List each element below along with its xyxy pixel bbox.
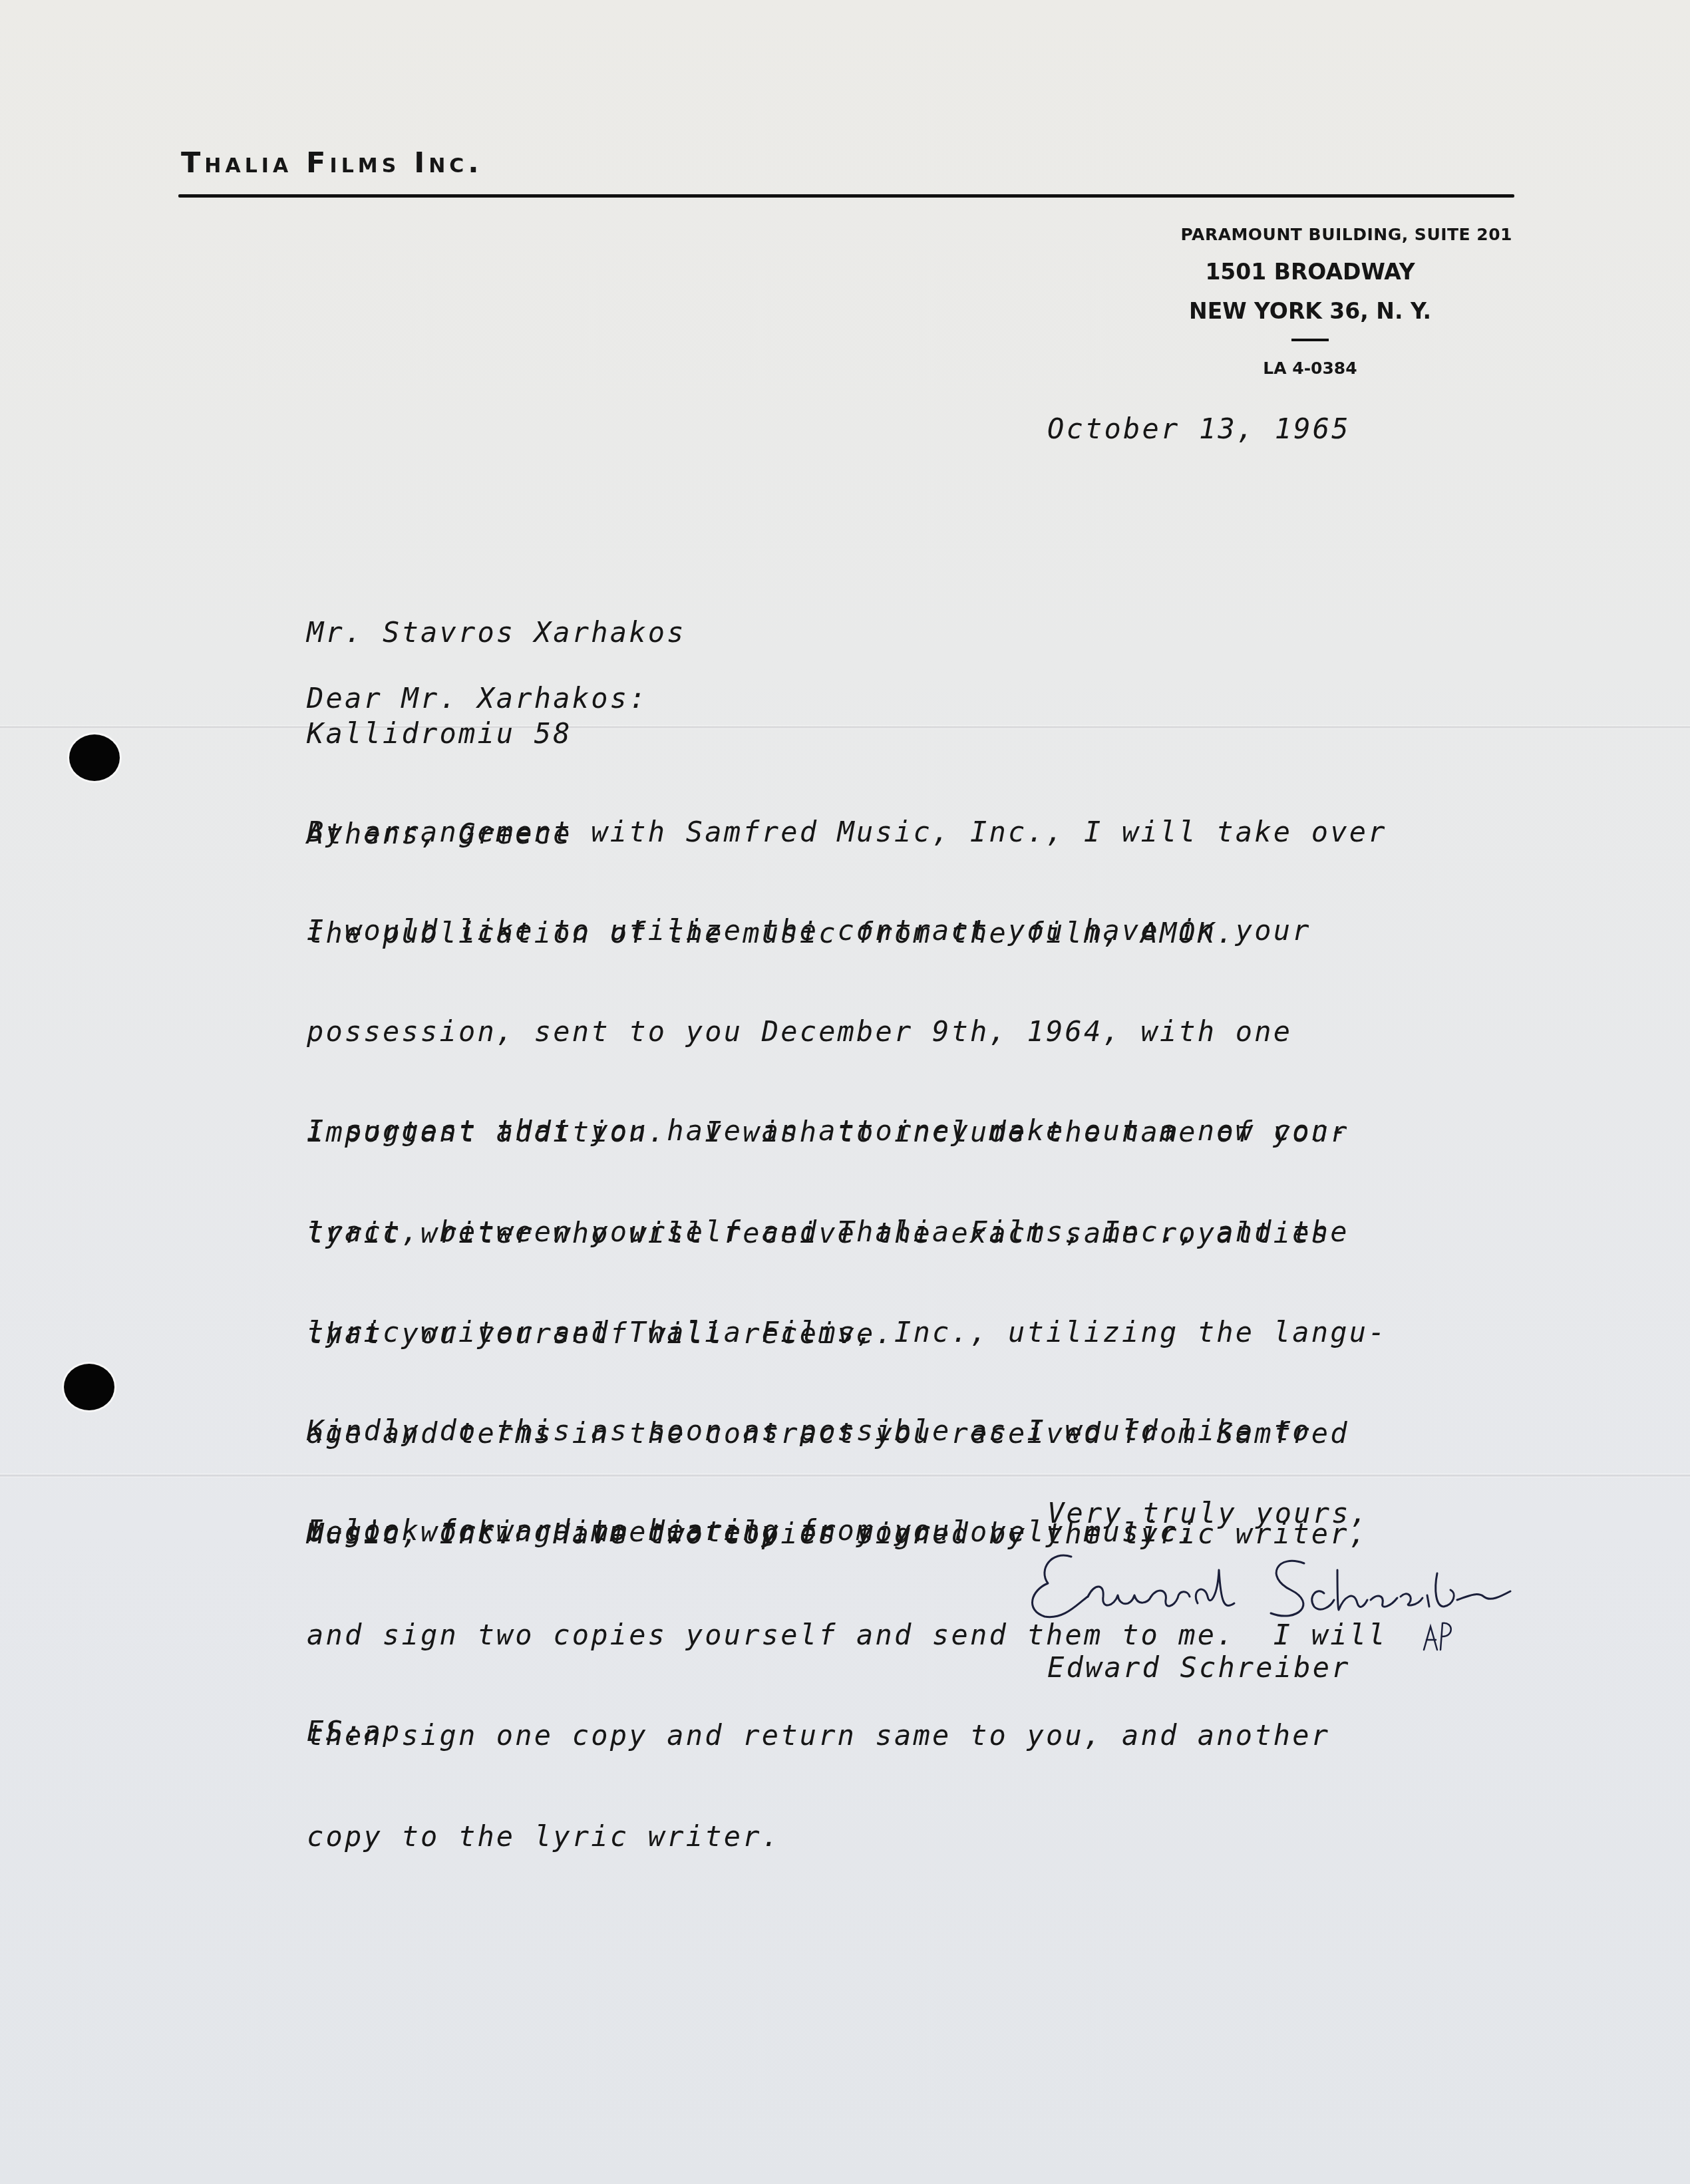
letter-date: October 13, 1965 <box>1047 412 1351 446</box>
typed-signatory-name: Edward Schreiber <box>1047 1651 1351 1685</box>
letterhead-rule <box>178 194 1514 198</box>
letterhead-address: PARAMOUNT BUILDING, SUITE 201 1501 BROAD… <box>1110 225 1510 378</box>
body-line: I would like to utilize the contract you… <box>307 914 1349 948</box>
body-line: then sign one copy and return same to yo… <box>307 1719 1387 1753</box>
handwritten-initials <box>1417 1617 1464 1656</box>
address-divider <box>1291 339 1329 341</box>
address-city: NEW YORK 36, N. Y. <box>1110 298 1510 324</box>
salutation: Dear Mr. Xarhakos: <box>307 682 648 716</box>
address-street: 1501 BROADWAY <box>1110 259 1510 285</box>
body-line: tract, between yourself and Thalia Films… <box>307 1215 1387 1249</box>
body-line: Kindly do this as soon as possible as I … <box>307 1414 1311 1448</box>
body-paragraph: I look forward to hearing from you. <box>307 1447 970 1615</box>
recipient-line: Mr. Stavros Xarhakos <box>307 616 686 650</box>
letter-page: Thalia Films Inc. PARAMOUNT BUILDING, SU… <box>0 0 1690 2184</box>
body-line: lyric writer and Thalia Films, Inc., uti… <box>307 1316 1387 1350</box>
address-phone: LA 4-0384 <box>1110 359 1510 378</box>
address-building: PARAMOUNT BUILDING, SUITE 201 <box>1110 225 1512 244</box>
body-line: I suggest that you have an attorney make… <box>307 1114 1387 1148</box>
body-line: possession, sent to you December 9th, 19… <box>307 1015 1349 1049</box>
letterhead-company: Thalia Films Inc. <box>181 146 483 180</box>
body-line: I look forward to hearing from you. <box>307 1514 970 1548</box>
body-line: By arrangement with Samfred Music, Inc.,… <box>307 816 1387 850</box>
punch-hole <box>69 734 120 781</box>
punch-hole <box>64 1364 114 1410</box>
body-line: copy to the lyric writer. <box>307 1820 1387 1854</box>
recipient-line: Kallidromiu 58 <box>307 717 686 751</box>
closing: Very truly yours, <box>1047 1497 1369 1531</box>
fold-crease <box>0 725 1690 729</box>
reference-initials: ES:ap <box>307 1715 401 1749</box>
